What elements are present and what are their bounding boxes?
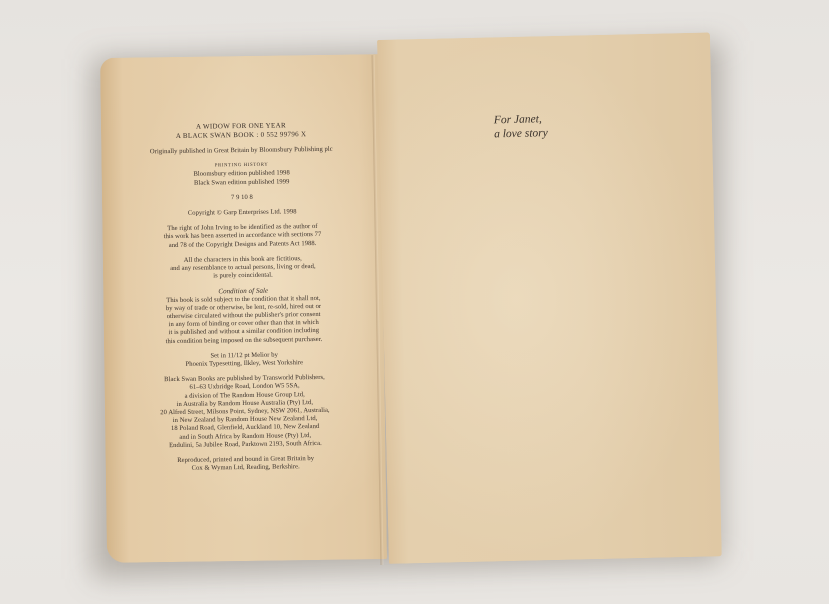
left-page-imprint: A WIDOW FOR ONE YEAR A BLACK SWAN BOOK :…: [100, 54, 387, 563]
dedication-line: a love story: [494, 126, 548, 141]
imprint-block: A WIDOW FOR ONE YEAR A BLACK SWAN BOOK :…: [101, 120, 386, 474]
dedication-line: For Janet,: [494, 112, 548, 127]
publisher-info: Black Swan Books are published by Transw…: [104, 373, 385, 451]
dedication: For Janet, a love story: [494, 112, 548, 141]
right-page-dedication: For Janet, a love story: [377, 32, 722, 563]
condition-of-sale-text: This book is sold subject to the conditi…: [103, 294, 384, 347]
printer-info: Reproduced, printed and bound in Great B…: [106, 454, 386, 474]
